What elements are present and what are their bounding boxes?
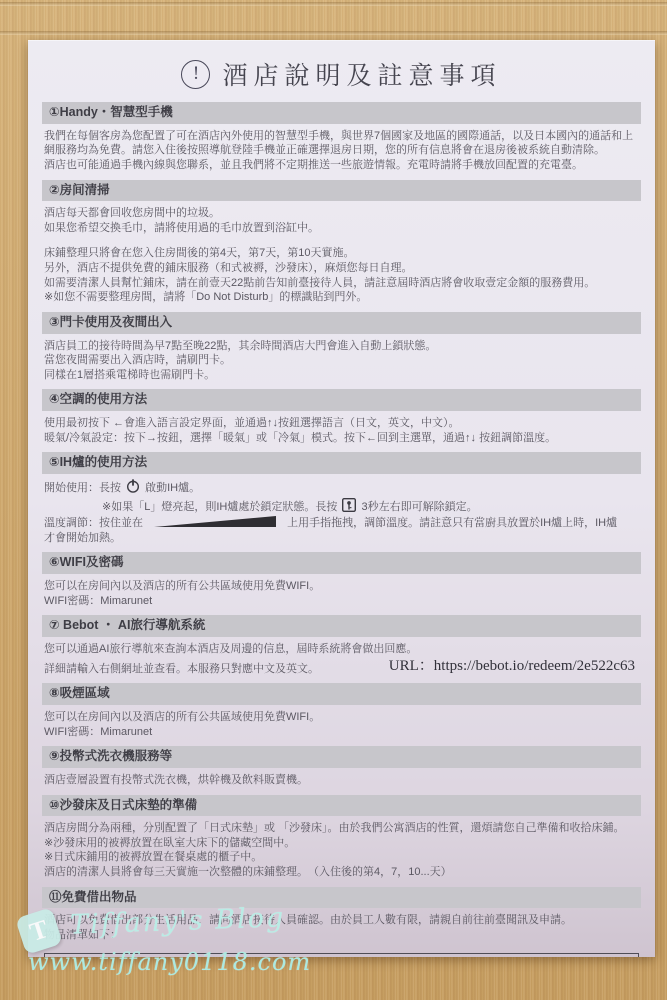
section-body: 酒店房間分為兩種，分別配置了「日式床墊」或 「沙發床」。由於我們公寓酒店的性質，…: [42, 821, 641, 880]
section-body: 我們在每個客房為您配置了可在酒店內外使用的智慧型手機，與世界7個國家及地區的國際…: [42, 129, 641, 173]
section-body: 酒店員工的接待時間為早7點至晚22點，其余時間酒店大門會進入自動上鎖狀態。 當您…: [42, 339, 641, 383]
section-key-card: ③門卡使用及夜間出入 酒店員工的接待時間為早7點至晚22點，其余時間酒店大門會進…: [42, 312, 641, 383]
blank-line: [44, 235, 639, 246]
section-heading: ⑦ Bebot ・ AI旅行導航系統: [42, 615, 641, 637]
text-segment: 上用手指拖拽，調節溫度。請註意只有當廚具放置於IH爐上時，IH爐: [287, 517, 617, 529]
url-label: URL：: [389, 658, 434, 674]
temperature-slider-graphic: [154, 516, 276, 527]
section-heading: ①Handy・智慧型手機: [42, 102, 641, 124]
hotel-notice-document: ! 酒店說明及註意事項 ①Handy・智慧型手機 我們在每個客房為您配置了可在酒…: [28, 40, 655, 957]
section-ih-stove: ⑤IH爐的使用方法 開始使用：長按 啟動IH爐。 ※如果「L」燈亮起，則IH爐處…: [42, 452, 641, 545]
section-air-conditioner: ④空調的使用方法 使用最初按下 ←會進入語言設定界面，並通過↑↓按鈕選擇語言（日…: [42, 389, 641, 445]
photo-scene: ! 酒店說明及註意事項 ①Handy・智慧型手機 我們在每個客房為您配置了可在酒…: [0, 0, 667, 1000]
text-line: 如需要清潔人員幫忙鋪床，請在前壹天22點前告知前臺接待人員，請註意屆時酒店將會收…: [44, 276, 639, 291]
text-line: 另外，酒店不提供免費的鋪床服務（和式被褥，沙發床），麻煩您每日自理。: [44, 261, 639, 276]
exclamation-circle-icon: !: [181, 60, 210, 89]
text-segment: ※如果「L」燈亮起，則IH爐處於鎖定狀態。長按: [102, 501, 337, 513]
text-line: ※如您不需要整理房間，請將「Do Not Disturb」的標識貼到門外。: [44, 290, 639, 305]
section-body: 酒店壹層設置有投幣式洗衣機，烘幹機及飲料販賣機。: [42, 773, 641, 788]
text-line: 我們在每個客房為您配置了可在酒店內外使用的智慧型手機，與世界7個國家及地區的國際…: [44, 129, 639, 158]
text-segment: 溫度調節：按住並在: [44, 517, 143, 529]
text-segment: 開始使用：長按: [44, 482, 121, 494]
section-body: 您可以在房间內以及酒店的所有公共區域使用免費WIFI。 WIFI密碼：Mimar…: [42, 710, 641, 739]
bamboo-mat-seam: [0, 31, 667, 35]
key-icon: [342, 498, 356, 517]
blog-logo-letter: T: [26, 914, 52, 948]
section-room-cleaning: ②房间清掃 酒店每天都會回收您房間中的垃圾。 如果您希望交換毛巾，請將使用過的毛…: [42, 180, 641, 305]
text-segment: 啟動IH爐。: [145, 482, 200, 494]
text-segment: 詳細請輸入右側網址並查看。本服務只對應中文及英文。: [44, 662, 319, 677]
ih-lock-line: ※如果「L」燈亮起，則IH爐處於鎖定狀態。長按 3秒左右即可解除鎖定。: [44, 498, 639, 517]
power-icon: [126, 479, 140, 498]
text-line: ※日式床鋪用的被褥放置在餐桌處的櫃子中。: [44, 850, 639, 865]
section-body: 使用最初按下 ←會進入語言設定界面，並通過↑↓按鈕選擇語言（日文，英文，中文）。…: [42, 416, 641, 445]
section-heading: ⑧吸煙區域: [42, 683, 641, 705]
section-handy-smartphone: ①Handy・智慧型手機 我們在每個客房為您配置了可在酒店內外使用的智慧型手機，…: [42, 102, 641, 173]
bebot-url: URL：https://bebot.io/redeem/2e522c63: [389, 657, 639, 677]
section-sofa-bed-futon: ⑩沙發床及日式床墊的準備 酒店房間分為兩種，分別配置了「日式床墊」或 「沙發床」…: [42, 795, 641, 880]
text-line: 酒店壹層設置有投幣式洗衣機，烘幹機及飲料販賣機。: [44, 773, 639, 788]
text-line: 酒店的清潔人員將會每三天實施一次整體的床鋪整理。 （入住後的第4，7，10...…: [44, 865, 639, 880]
section-smoking-area: ⑧吸煙區域 您可以在房间內以及酒店的所有公共區域使用免費WIFI。 WIFI密碼…: [42, 683, 641, 739]
section-body: 酒店每天都會回收您房間中的垃圾。 如果您希望交換毛巾，請將使用過的毛巾放置到浴缸…: [42, 206, 641, 305]
text-line: 酒店也可能通過手機內線與您聯系，並且我們將不定期推送一些旅遊情報。充電時請將手機…: [44, 158, 639, 173]
text-line: 酒店員工的接待時間為早7點至晚22點，其余時間酒店大門會進入自動上鎖狀態。: [44, 339, 639, 354]
document-title-row: ! 酒店說明及註意事項: [42, 56, 641, 92]
section-heading: ③門卡使用及夜間出入: [42, 312, 641, 334]
wifi-password-line: WIFI密碼：Mimarunet: [44, 594, 639, 609]
text-line: 您可以在房间內以及酒店的所有公共區域使用免費WIFI。: [44, 579, 639, 594]
blog-url-watermark: www.tiffany0118.com: [28, 948, 311, 976]
section-coin-laundry: ⑨投幣式洗衣機服務等 酒店壹層設置有投幣式洗衣機，烘幹機及飲料販賣機。: [42, 746, 641, 787]
section-heading: ④空調的使用方法: [42, 389, 641, 411]
ih-temperature-line: 溫度調節：按住並在 上用手指拖拽，調節溫度。請註意只有當廚具放置於IH爐上時，I…: [44, 516, 639, 531]
section-body: 您可以通過AI旅行導航來查詢本酒店及周邊的信息，屆時系統將會做出回應。 詳細請輸…: [42, 642, 641, 677]
section-heading: ⑨投幣式洗衣機服務等: [42, 746, 641, 768]
text-line: 如果您希望交換毛巾，請將使用過的毛巾放置到浴缸中。: [44, 221, 639, 236]
url-value: https://bebot.io/redeem/2e522c63: [434, 658, 635, 674]
section-wifi-password: ⑥WIFI及密碼 您可以在房间內以及酒店的所有公共區域使用免費WIFI。 WIF…: [42, 552, 641, 608]
section-heading: ⑤IH爐的使用方法: [42, 452, 641, 474]
text-line: 您可以通過AI旅行導航來查詢本酒店及周邊的信息，屆時系統將會做出回應。: [44, 642, 639, 657]
text-line: 您可以在房间內以及酒店的所有公共區域使用免費WIFI。: [44, 710, 639, 725]
text-line: 使用最初按下 ←會進入語言設定界面，並通過↑↓按鈕選擇語言（日文，英文，中文）。: [44, 416, 639, 431]
text-line: 酒店房間分為兩種，分別配置了「日式床墊」或 「沙發床」。由於我們公寓酒店的性質，…: [44, 821, 639, 836]
text-line: WIFI密碼：Mimarunet: [44, 725, 639, 740]
section-bebot-ai-guide: ⑦ Bebot ・ AI旅行導航系統 您可以通過AI旅行導航來查詢本酒店及周邊的…: [42, 615, 641, 676]
ih-start-line: 開始使用：長按 啟動IH爐。: [44, 479, 639, 498]
text-line: 床鋪整理只將會在您入住房間後的第4天，第7天，第10天實施。: [44, 246, 639, 261]
bamboo-mat-seam: [0, 2, 667, 6]
section-body: 您可以在房间內以及酒店的所有公共區域使用免費WIFI。 WIFI密碼：Mimar…: [42, 579, 641, 608]
section-body: 開始使用：長按 啟動IH爐。 ※如果「L」燈亮起，則IH爐處於鎖定狀態。長按: [42, 479, 641, 546]
section-heading: ⑥WIFI及密碼: [42, 552, 641, 574]
section-heading: ②房间清掃: [42, 180, 641, 202]
text-line: 酒店每天都會回收您房間中的垃圾。: [44, 206, 639, 221]
text-segment: 3秒左右即可解除鎖定。: [361, 501, 477, 513]
page-title: 酒店說明及註意事項: [222, 56, 501, 92]
section-heading: ⑪免費借出物品: [42, 887, 641, 909]
section-heading: ⑩沙發床及日式床墊的準備: [42, 795, 641, 817]
text-line: 暖氣/冷氣設定：按下→按鈕，選擇「暖氣」或「冷氣」模式。按下←回到主選單，通過↑…: [44, 431, 639, 446]
text-line: ※沙發床用的被褥放置在臥室大床下的儲藏空間中。: [44, 836, 639, 851]
bebot-url-row: 詳細請輸入右側網址並查看。本服務只對應中文及英文。 URL：https://be…: [44, 657, 639, 677]
text-line: 同樣在1層搭乘電梯時也需刷門卡。: [44, 368, 639, 383]
text-line: 才會開始加熱。: [44, 531, 639, 546]
text-line: 當您夜間需要出入酒店時，請刷門卡。: [44, 353, 639, 368]
